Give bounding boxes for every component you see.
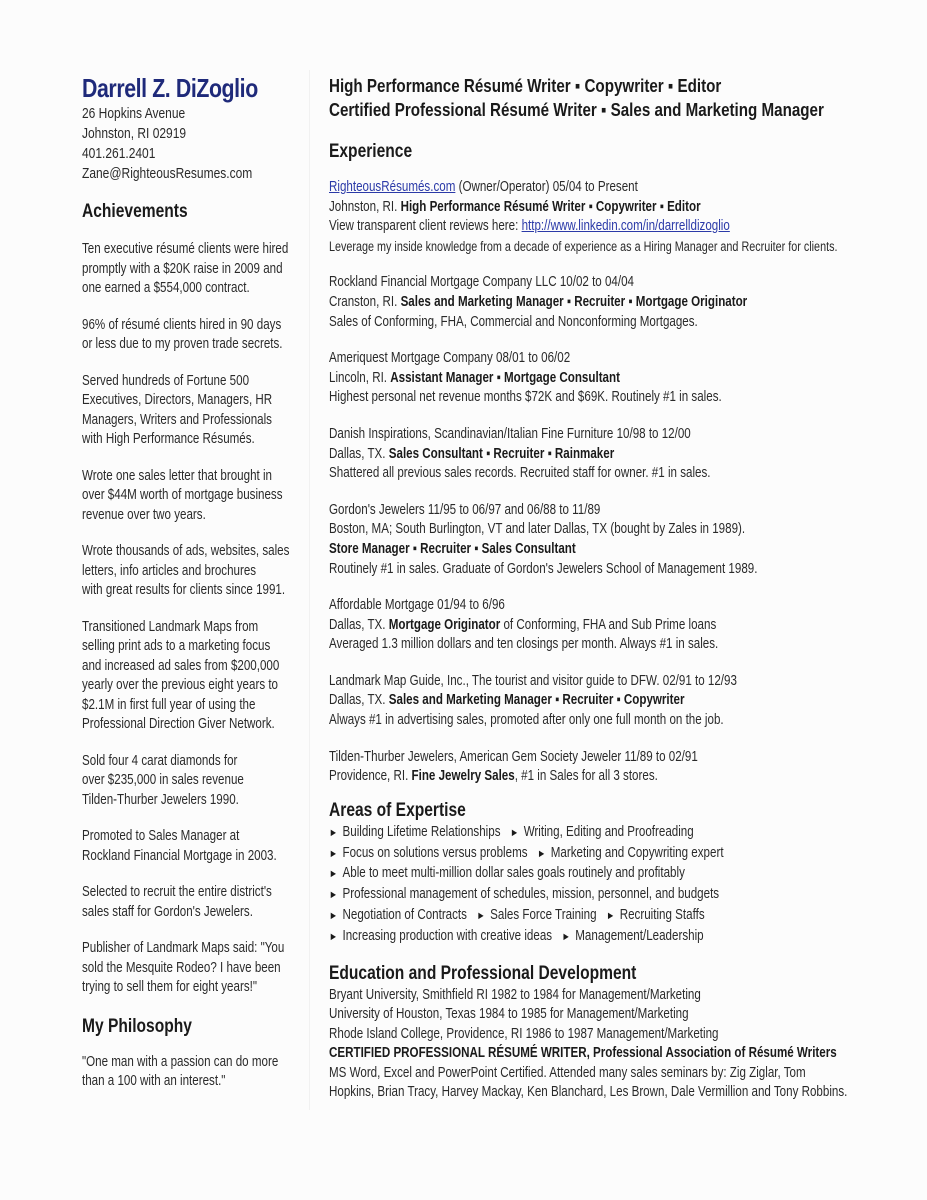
expertise-row: ►Negotiation of Contracts ►Sales Force T… <box>329 906 761 927</box>
job-description: Averaged 1.3 million dollars and ten clo… <box>329 635 761 655</box>
left-column: Darrell Z. DiZoglio 26 Hopkins Avenue Jo… <box>82 72 297 1092</box>
education-extra-line: MS Word, Excel and PowerPoint Certified.… <box>329 1064 761 1084</box>
achievement-item: 96% of résumé clients hired in 90 days o… <box>82 316 297 355</box>
achievement-line: sales staff for Gordon's Jewelers. <box>82 903 254 923</box>
expertise-item: Focus on solutions versus problems <box>343 845 528 861</box>
triangle-bullet-icon: ► <box>510 827 519 839</box>
column-divider <box>309 70 310 1110</box>
job-entry: RighteousRésumés.com (Owner/Operator) 05… <box>329 178 869 256</box>
job-location: Boston, MA; South Burlington, VT and lat… <box>329 520 761 540</box>
triangle-bullet-icon: ► <box>477 910 486 922</box>
contact-block: 26 Hopkins Avenue Johnston, RI 02919 401… <box>82 104 297 184</box>
expertise-item: Able to meet multi-million dollar sales … <box>343 865 685 881</box>
achievement-line: over $44M worth of mortgage business <box>82 486 254 506</box>
achievement-line: Sold four 4 carat diamonds for <box>82 752 254 772</box>
job-role: High Performance Résumé Writer ▪ Copywri… <box>401 199 701 215</box>
job-role: Sales Consultant ▪ Recruiter ▪ Rainmaker <box>389 446 614 462</box>
job-role-line: Cranston, RI. Sales and Marketing Manage… <box>329 293 761 313</box>
achievement-line: yearly over the previous eight years to <box>82 676 254 696</box>
job-location: Johnston, RI. <box>329 199 401 215</box>
achievements-list: Ten executive résumé clients were hired … <box>82 240 297 998</box>
achievement-line: Selected to recruit the entire district'… <box>82 883 254 903</box>
achievement-line: with great results for clients since 199… <box>82 581 254 601</box>
job-company: Affordable Mortgage 01/94 to 6/96 <box>329 596 761 616</box>
experience-heading: Experience <box>329 140 772 164</box>
expertise-item: Sales Force Training <box>490 907 596 923</box>
achievement-line: one earned a $554,000 contract. <box>82 279 254 299</box>
resume-page: Darrell Z. DiZoglio 26 Hopkins Avenue Jo… <box>0 0 927 1200</box>
job-company: Danish Inspirations, Scandinavian/Italia… <box>329 425 761 445</box>
job-location: Dallas, TX. <box>329 617 389 633</box>
phone: 401.261.2401 <box>82 144 254 164</box>
education-line: Rhode Island College, Providence, RI 198… <box>329 1025 761 1045</box>
philosophy-quote: "One man with a passion can do more than… <box>82 1053 297 1092</box>
achievement-line: Rockland Financial Mortgage in 2003. <box>82 847 254 867</box>
expertise-item: Professional management of schedules, mi… <box>343 886 720 902</box>
achievement-line: Tilden-Thurber Jewelers 1990. <box>82 791 254 811</box>
expertise-row: ►Increasing production with creative ide… <box>329 927 761 948</box>
achievement-line: Publisher of Landmark Maps said: "You <box>82 939 254 959</box>
job-role-line: Providence, RI. Fine Jewelry Sales, #1 i… <box>329 767 761 787</box>
email[interactable]: Zane@RighteousResumes.com <box>82 164 254 184</box>
job-entry: Gordon's Jewelers 11/95 to 06/97 and 06/… <box>329 501 869 579</box>
job-role-line: Store Manager ▪ Recruiter ▪ Sales Consul… <box>329 540 761 560</box>
achievement-line: Managers, Writers and Professionals <box>82 411 254 431</box>
job-reviews-line: View transparent client reviews here: ht… <box>329 217 761 237</box>
achievement-line: letters, info articles and brochures <box>82 562 254 582</box>
job-role-suffix: of Conforming, FHA and Sub Prime loans <box>500 617 716 633</box>
job-role: Assistant Manager ▪ Mortgage Consultant <box>390 370 620 386</box>
job-company: Ameriquest Mortgage Company 08/01 to 06/… <box>329 349 761 369</box>
achievement-item: Sold four 4 carat diamonds for over $235… <box>82 752 297 811</box>
job-description: Leverage my inside knowledge from a deca… <box>329 237 761 257</box>
achievement-item: Wrote one sales letter that brought in o… <box>82 467 297 526</box>
job-dates: (Owner/Operator) 05/04 to Present <box>455 179 637 195</box>
education-line: University of Houston, Texas 1984 to 198… <box>329 1005 761 1025</box>
address-line-1: 26 Hopkins Avenue <box>82 104 254 124</box>
reviews-label: View transparent client reviews here: <box>329 218 522 234</box>
education-section: Education and Professional Development B… <box>329 962 869 1103</box>
achievement-item: Publisher of Landmark Maps said: "You so… <box>82 939 297 998</box>
job-role-line: Lincoln, RI. Assistant Manager ▪ Mortgag… <box>329 369 761 389</box>
job-entry: Tilden-Thurber Jewelers, American Gem So… <box>329 748 869 787</box>
job-location: Providence, RI. <box>329 768 412 784</box>
job-role-line: Dallas, TX. Sales and Marketing Manager … <box>329 691 761 711</box>
job-location: Dallas, TX. <box>329 692 389 708</box>
job-description: Shattered all previous sales records. Re… <box>329 464 761 484</box>
achievement-line: Ten executive résumé clients were hired <box>82 240 254 260</box>
expertise-row: ►Building Lifetime Relationships ►Writin… <box>329 823 761 844</box>
achievement-line: Professional Direction Giver Network. <box>82 715 254 735</box>
achievements-heading: Achievements <box>82 200 258 224</box>
job-entry: Affordable Mortgage 01/94 to 6/96 Dallas… <box>329 596 869 655</box>
education-heading: Education and Professional Development <box>329 962 772 986</box>
expertise-item: Marketing and Copywriting expert <box>551 845 724 861</box>
job-role-line: Johnston, RI. High Performance Résumé Wr… <box>329 198 761 218</box>
philosophy-line: than a 100 with an interest." <box>82 1072 254 1092</box>
triangle-bullet-icon: ► <box>562 931 571 943</box>
achievement-line: over $235,000 in sales revenue <box>82 771 254 791</box>
achievement-line: Transitioned Landmark Maps from <box>82 618 254 638</box>
triangle-bullet-icon: ► <box>329 931 338 943</box>
job-role: Sales and Marketing Manager ▪ Recruiter … <box>401 294 748 310</box>
company-website-link[interactable]: RighteousRésumés.com <box>329 179 455 195</box>
expertise-item: Building Lifetime Relationships <box>343 824 501 840</box>
triangle-bullet-icon: ► <box>329 910 338 922</box>
job-description: Highest personal net revenue months $72K… <box>329 388 761 408</box>
expertise-item: Increasing production with creative idea… <box>343 928 553 944</box>
achievement-item: Selected to recruit the entire district'… <box>82 883 297 922</box>
achievement-line: and increased ad sales from $200,000 <box>82 657 254 677</box>
achievement-line: selling print ads to a marketing focus <box>82 637 254 657</box>
triangle-bullet-icon: ► <box>606 910 615 922</box>
address-line-2: Johnston, RI 02919 <box>82 124 254 144</box>
job-location: Cranston, RI. <box>329 294 401 310</box>
job-company: RighteousRésumés.com (Owner/Operator) 05… <box>329 178 761 198</box>
triangle-bullet-icon: ► <box>329 889 338 901</box>
achievement-line: revenue over two years. <box>82 506 254 526</box>
expertise-list: ►Building Lifetime Relationships ►Writin… <box>329 823 869 948</box>
job-location: Lincoln, RI. <box>329 370 390 386</box>
education-extra-line: Hopkins, Brian Tracy, Harvey Mackay, Ken… <box>329 1083 761 1103</box>
candidate-name: Darrell Z. DiZoglio <box>82 72 258 104</box>
expertise-item: Writing, Editing and Proofreading <box>524 824 694 840</box>
achievement-line: sold the Mesquite Rodeo? I have been <box>82 959 254 979</box>
job-company: Gordon's Jewelers 11/95 to 06/97 and 06/… <box>329 501 761 521</box>
achievement-item: Wrote thousands of ads, websites, sales … <box>82 542 297 601</box>
achievement-line: Wrote one sales letter that brought in <box>82 467 254 487</box>
achievement-item: Ten executive résumé clients were hired … <box>82 240 297 299</box>
job-entry: Landmark Map Guide, Inc., The tourist an… <box>329 672 869 731</box>
achievement-line: Executives, Directors, Managers, HR <box>82 391 254 411</box>
job-description: Sales of Conforming, FHA, Commercial and… <box>329 313 761 333</box>
triangle-bullet-icon: ► <box>329 827 338 839</box>
job-entry: Danish Inspirations, Scandinavian/Italia… <box>329 425 869 484</box>
job-role-line: Dallas, TX. Sales Consultant ▪ Recruiter… <box>329 445 761 465</box>
expertise-row: ►Professional management of schedules, m… <box>329 885 761 906</box>
job-location: Dallas, TX. <box>329 446 389 462</box>
achievement-line: with High Performance Résumés. <box>82 430 254 450</box>
expertise-row: ►Able to meet multi-million dollar sales… <box>329 864 761 885</box>
achievement-line: Served hundreds of Fortune 500 <box>82 372 254 392</box>
achievement-line: trying to sell them for eight years!" <box>82 978 254 998</box>
triangle-bullet-icon: ► <box>329 848 338 860</box>
job-role-line: Dallas, TX. Mortgage Originator of Confo… <box>329 616 761 636</box>
linkedin-link[interactable]: http://www.linkedin.com/in/darrelldizogl… <box>522 218 730 234</box>
job-description: Routinely #1 in sales. Graduate of Gordo… <box>329 560 761 580</box>
expertise-item: Negotiation of Contracts <box>343 907 467 923</box>
job-description: Always #1 in advertising sales, promoted… <box>329 711 761 731</box>
job-role: Sales and Marketing Manager ▪ Recruiter … <box>389 692 685 708</box>
job-role-suffix: , #1 in Sales for all 3 stores. <box>515 768 658 784</box>
expertise-item: Management/Leadership <box>575 928 703 944</box>
job-role: Fine Jewelry Sales <box>412 768 515 784</box>
job-company: Rockland Financial Mortgage Company LLC … <box>329 273 761 293</box>
headline-title-1: High Performance Résumé Writer ▪ Copywri… <box>329 74 772 98</box>
right-column: High Performance Résumé Writer ▪ Copywri… <box>329 74 869 1103</box>
job-entry: Rockland Financial Mortgage Company LLC … <box>329 273 869 332</box>
triangle-bullet-icon: ► <box>329 868 338 880</box>
philosophy-line: "One man with a passion can do more <box>82 1053 254 1073</box>
headline-title-2: Certified Professional Résumé Writer ▪ S… <box>329 98 772 122</box>
expertise-row: ►Focus on solutions versus problems ►Mar… <box>329 844 761 865</box>
achievement-line: $2.1M in first full year of using the <box>82 696 254 716</box>
achievement-line: Wrote thousands of ads, websites, sales <box>82 542 254 562</box>
achievement-item: Served hundreds of Fortune 500 Executive… <box>82 372 297 450</box>
expertise-item: Recruiting Staffs <box>620 907 705 923</box>
certification-text: CERTIFIED PROFESSIONAL RÉSUMÉ WRITER, Pr… <box>329 1045 837 1061</box>
achievement-line: promptly with a $20K raise in 2009 and <box>82 260 254 280</box>
job-company: Landmark Map Guide, Inc., The tourist an… <box>329 672 761 692</box>
triangle-bullet-icon: ► <box>537 848 546 860</box>
philosophy-heading: My Philosophy <box>82 1015 258 1039</box>
expertise-heading: Areas of Expertise <box>329 799 772 823</box>
education-line: Bryant University, Smithfield RI 1982 to… <box>329 986 761 1006</box>
achievement-line: 96% of résumé clients hired in 90 days <box>82 316 254 336</box>
certification-line: CERTIFIED PROFESSIONAL RÉSUMÉ WRITER, Pr… <box>329 1044 761 1064</box>
achievement-item: Promoted to Sales Manager at Rockland Fi… <box>82 827 297 866</box>
job-entry: Ameriquest Mortgage Company 08/01 to 06/… <box>329 349 869 408</box>
job-role: Mortgage Originator <box>389 617 501 633</box>
achievement-item: Transitioned Landmark Maps from selling … <box>82 618 297 735</box>
achievement-line: or less due to my proven trade secrets. <box>82 335 254 355</box>
job-company: Tilden-Thurber Jewelers, American Gem So… <box>329 748 761 768</box>
achievement-line: Promoted to Sales Manager at <box>82 827 254 847</box>
job-role: Store Manager ▪ Recruiter ▪ Sales Consul… <box>329 541 576 557</box>
